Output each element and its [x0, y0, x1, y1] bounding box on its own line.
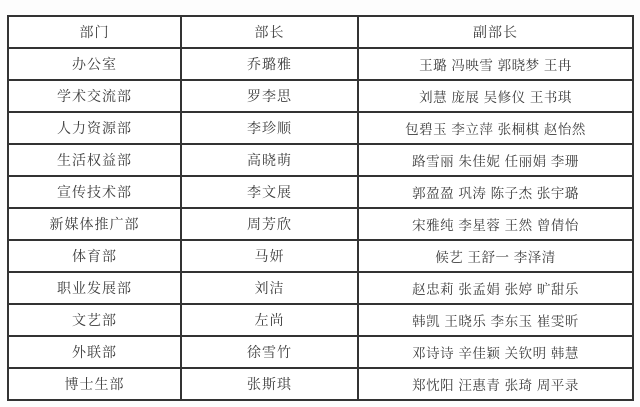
cell-minister: 徐雪竹: [181, 336, 358, 368]
cell-minister: 张斯琪: [181, 368, 358, 400]
cell-department: 学术交流部: [8, 80, 181, 112]
page: 部门 部长 副部长 办公室 乔璐雅 王璐 冯映雪 郭晓梦 王冉 学术交流部 罗李…: [0, 0, 640, 407]
cell-department: 博士生部: [8, 368, 181, 400]
cell-minister: 周芳欣: [181, 208, 358, 240]
cell-deputies: 路雪丽 朱佳妮 任丽娟 李珊: [358, 144, 633, 176]
table-row: 学术交流部 罗李思 刘慧 庞展 吴修仪 王书琪: [8, 80, 633, 112]
cell-minister: 左尚: [181, 304, 358, 336]
cell-minister: 罗李思: [181, 80, 358, 112]
table-row: 办公室 乔璐雅 王璐 冯映雪 郭晓梦 王冉: [8, 48, 633, 80]
cell-deputies: 候艺 王舒一 李泽清: [358, 240, 633, 272]
table-row: 博士生部 张斯琪 郑忱阳 汪惠青 张琦 周平录: [8, 368, 633, 400]
cell-deputies: 刘慧 庞展 吴修仪 王书琪: [358, 80, 633, 112]
cell-department: 体育部: [8, 240, 181, 272]
cell-minister: 乔璐雅: [181, 48, 358, 80]
table-row: 体育部 马妍 候艺 王舒一 李泽清: [8, 240, 633, 272]
header-row: 部门 部长 副部长: [8, 16, 633, 48]
table-row: 职业发展部 刘洁 赵忠莉 张孟娟 张婷 旷甜乐: [8, 272, 633, 304]
cell-department: 生活权益部: [8, 144, 181, 176]
org-table: 部门 部长 副部长 办公室 乔璐雅 王璐 冯映雪 郭晓梦 王冉 学术交流部 罗李…: [7, 15, 634, 401]
cell-minister: 高晓萌: [181, 144, 358, 176]
table-row: 宣传技术部 李文展 郭盈盈 巩涛 陈子杰 张宇璐: [8, 176, 633, 208]
table-row: 人力资源部 李珍顺 包碧玉 李立萍 张桐棋 赵怡然: [8, 112, 633, 144]
table-row: 生活权益部 高晓萌 路雪丽 朱佳妮 任丽娟 李珊: [8, 144, 633, 176]
cell-department: 人力资源部: [8, 112, 181, 144]
header-deputy: 副部长: [358, 16, 633, 48]
cell-department: 文艺部: [8, 304, 181, 336]
cell-department: 新媒体推广部: [8, 208, 181, 240]
cell-deputies: 王璐 冯映雪 郭晓梦 王冉: [358, 48, 633, 80]
cell-minister: 李文展: [181, 176, 358, 208]
cell-deputies: 包碧玉 李立萍 张桐棋 赵怡然: [358, 112, 633, 144]
header-department: 部门: [8, 16, 181, 48]
cell-minister: 马妍: [181, 240, 358, 272]
cell-minister: 刘洁: [181, 272, 358, 304]
table-row: 外联部 徐雪竹 邓诗诗 辛佳颖 关钦明 韩慧: [8, 336, 633, 368]
cell-department: 宣传技术部: [8, 176, 181, 208]
cell-minister: 李珍顺: [181, 112, 358, 144]
cell-deputies: 郭盈盈 巩涛 陈子杰 张宇璐: [358, 176, 633, 208]
table-row: 新媒体推广部 周芳欣 宋雅纯 李星蓉 王然 曾倩怡: [8, 208, 633, 240]
cell-deputies: 郑忱阳 汪惠青 张琦 周平录: [358, 368, 633, 400]
cell-deputies: 韩凯 王晓乐 李东玉 崔雯昕: [358, 304, 633, 336]
cell-deputies: 赵忠莉 张孟娟 张婷 旷甜乐: [358, 272, 633, 304]
cell-department: 办公室: [8, 48, 181, 80]
cell-department: 外联部: [8, 336, 181, 368]
cell-deputies: 宋雅纯 李星蓉 王然 曾倩怡: [358, 208, 633, 240]
header-minister: 部长: [181, 16, 358, 48]
cell-deputies: 邓诗诗 辛佳颖 关钦明 韩慧: [358, 336, 633, 368]
cell-department: 职业发展部: [8, 272, 181, 304]
table-row: 文艺部 左尚 韩凯 王晓乐 李东玉 崔雯昕: [8, 304, 633, 336]
